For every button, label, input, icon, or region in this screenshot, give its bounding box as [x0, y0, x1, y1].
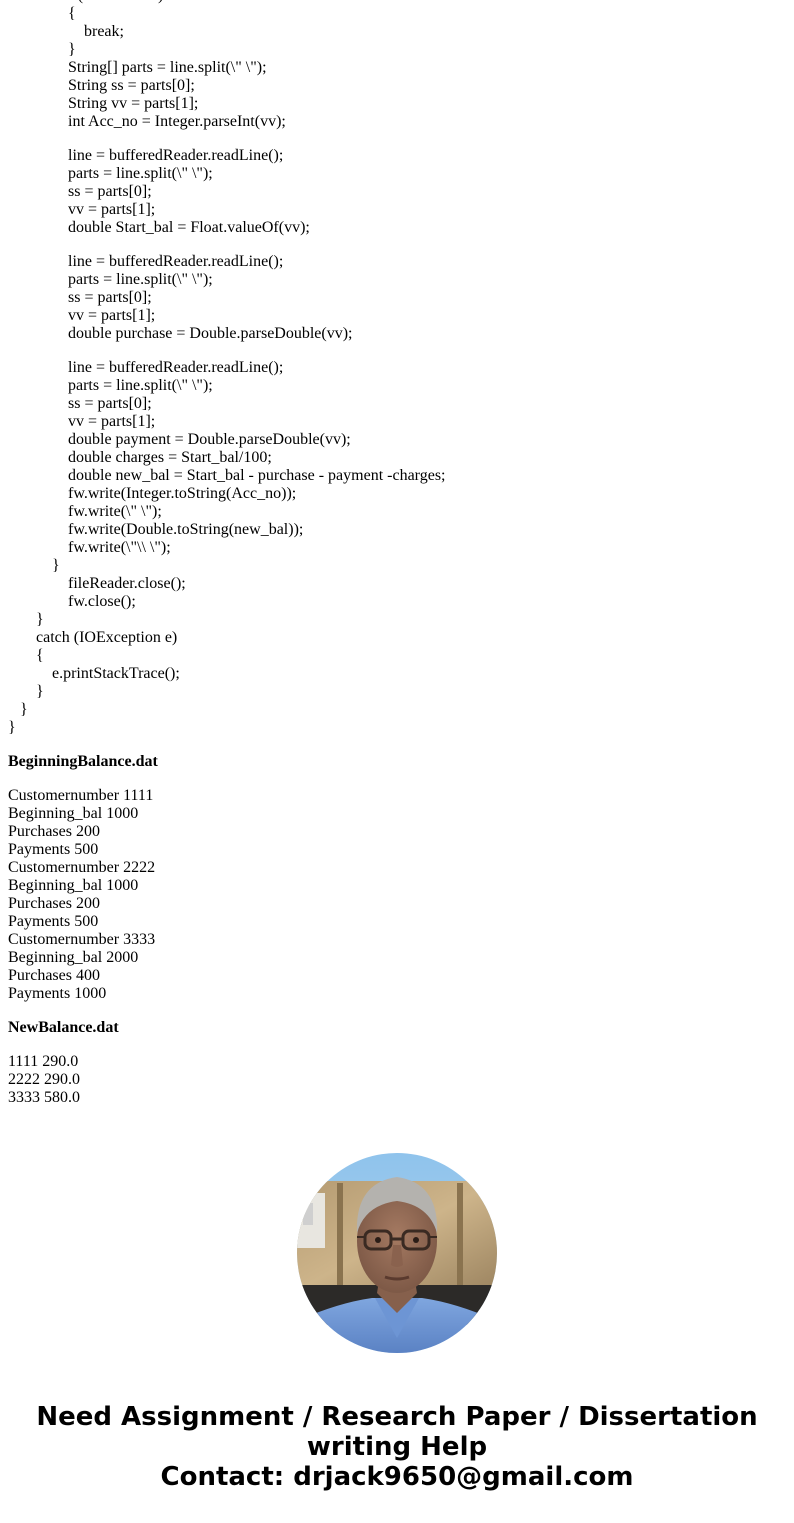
beginning-balance-line: Beginning_bal 1000 — [8, 877, 794, 895]
code-line: double charges = Start_bal/100; — [0, 449, 794, 467]
code-line: vv = parts[1]; — [0, 307, 794, 325]
code-line: line = bufferedReader.readLine(); — [0, 359, 794, 377]
new-balance-line: 1111 290.0 — [8, 1053, 794, 1071]
avatar — [297, 1153, 497, 1353]
code-line: } — [0, 557, 794, 575]
code-line: } — [0, 41, 794, 59]
code-line: vv = parts[1]; — [0, 413, 794, 431]
beginning-balance-data: Customernumber 1111Beginning_bal 1000Pur… — [0, 787, 794, 1003]
beginning-balance-line: Purchases 200 — [8, 823, 794, 841]
promo-line-1: Need Assignment / Research Paper / Disse… — [0, 1402, 794, 1432]
code-line: parts = line.split(\" \"); — [0, 165, 794, 183]
code-blank-line — [0, 131, 794, 147]
code-line: } — [0, 611, 794, 629]
code-blank-line — [0, 237, 794, 253]
code-line: } — [0, 701, 794, 719]
code-line: fw.write(\" \"); — [0, 503, 794, 521]
code-line: String ss = parts[0]; — [0, 77, 794, 95]
code-line: } — [0, 683, 794, 701]
new-balance-line: 2222 290.0 — [8, 1071, 794, 1089]
code-line: ss = parts[0]; — [0, 289, 794, 307]
promo-contact-email[interactable]: Contact: drjack9650@gmail.com — [0, 1462, 794, 1492]
beginning-balance-line: Customernumber 3333 — [8, 931, 794, 949]
code-line: parts = line.split(\" \"); — [0, 271, 794, 289]
code-line: double new_bal = Start_bal - purchase - … — [0, 467, 794, 485]
code-line: String vv = parts[1]; — [0, 95, 794, 113]
beginning-balance-line: Payments 500 — [8, 913, 794, 931]
document: if(line == null){break;}String[] parts =… — [0, 0, 794, 1107]
beginning-balance-line: Purchases 400 — [8, 967, 794, 985]
code-line: fw.write(Integer.toString(Acc_no)); — [0, 485, 794, 503]
beginning-balance-line: Customernumber 2222 — [8, 859, 794, 877]
code-line: line = bufferedReader.readLine(); — [0, 253, 794, 271]
code-line: ss = parts[0]; — [0, 183, 794, 201]
code-line: break; — [0, 23, 794, 41]
code-line: { — [0, 5, 794, 23]
beginning-balance-line: Customernumber 1111 — [8, 787, 794, 805]
beginning-balance-line: Payments 500 — [8, 841, 794, 859]
beginning-balance-heading: BeginningBalance.dat — [8, 753, 794, 771]
code-line: double payment = Double.parseDouble(vv); — [0, 431, 794, 449]
code-line: line = bufferedReader.readLine(); — [0, 147, 794, 165]
code-line: ss = parts[0]; — [0, 395, 794, 413]
beginning-balance-line: Payments 1000 — [8, 985, 794, 1003]
code-line: catch (IOException e) — [0, 629, 794, 647]
code-line: parts = line.split(\" \"); — [0, 377, 794, 395]
code-line: fw.close(); — [0, 593, 794, 611]
code-blank-line — [0, 343, 794, 359]
new-balance-heading: NewBalance.dat — [8, 1019, 794, 1037]
beginning-balance-line: Beginning_bal 2000 — [8, 949, 794, 967]
code-line: } — [0, 719, 794, 737]
code-line: vv = parts[1]; — [0, 201, 794, 219]
code-line: double Start_bal = Float.valueOf(vv); — [0, 219, 794, 237]
code-line: double purchase = Double.parseDouble(vv)… — [0, 325, 794, 343]
portrait-image — [297, 1153, 497, 1353]
beginning-balance-line: Purchases 200 — [8, 895, 794, 913]
code-line: String[] parts = line.split(\" \"); — [0, 59, 794, 77]
code-block: if(line == null){break;}String[] parts =… — [0, 0, 794, 737]
new-balance-data: 1111 290.02222 290.03333 580.0 — [0, 1053, 794, 1107]
promo-line-2: writing Help — [0, 1432, 794, 1462]
beginning-balance-line: Beginning_bal 1000 — [8, 805, 794, 823]
code-line: { — [0, 647, 794, 665]
code-line: fw.write(\"\\ \"); — [0, 539, 794, 557]
code-line: fw.write(Double.toString(new_bal)); — [0, 521, 794, 539]
contact-banner: Need Assignment / Research Paper / Disse… — [0, 1402, 794, 1492]
new-balance-line: 3333 580.0 — [8, 1089, 794, 1107]
code-line: int Acc_no = Integer.parseInt(vv); — [0, 113, 794, 131]
code-line: e.printStackTrace(); — [0, 665, 794, 683]
code-line: fileReader.close(); — [0, 575, 794, 593]
